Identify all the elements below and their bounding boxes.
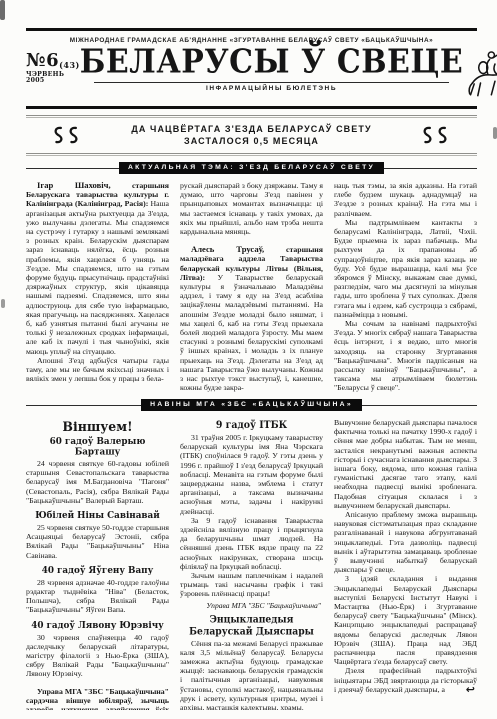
header-bottom-rule xyxy=(26,106,477,109)
news-band-label: НАВІНЫ МГА «ЗБС «БАЦЬКАЎШЧЫНА» xyxy=(141,399,362,411)
newsletter-title: БЕЛАРУСЫ Ў СВЕЦЕ xyxy=(80,45,463,82)
countdown-line1: ДА ЧАЦВЁРТАГА З'ЕЗДА БЕЛАРУСАЎ СВЕТУ xyxy=(108,123,395,135)
news-columns: Віншуем! 60 гадоў Валерыю Барташу 24 чэр… xyxy=(26,418,477,710)
band-line xyxy=(26,168,119,169)
issue-date: ЧЭРВЕНЬ 2005 xyxy=(26,72,80,84)
issue-number: №6(43) xyxy=(26,52,80,70)
congrats-item-text: 24 чэрвеня святкуе 60-гадовы юбілей стар… xyxy=(26,459,169,505)
paragraph: Мы сочым за навінамі падрыхтоўкі З'езда.… xyxy=(334,319,477,393)
masthead: №6(43) ЧЭРВЕНЬ 2005 БЕЛАРУСЫ Ў СВЕЦЕ ІНФ… xyxy=(26,46,477,102)
paragraph: Сёння па-за межамі Беларусі пражывае кал… xyxy=(180,639,323,710)
scan-artifact xyxy=(0,0,5,20)
floral-ornament-icon xyxy=(52,125,82,145)
newsletter-subtitle: ІНФАРМАЦЫЙНЫ БЮЛЕТЭНЬ xyxy=(94,82,449,92)
countdown-banner: ДА ЧАЦВЁРТАГА З'ЕЗДА БЕЛАРУСАЎ СВЕТУ ЗАС… xyxy=(26,123,477,147)
paragraph: Апісаную праблему зможа вырашыць навуков… xyxy=(334,510,477,574)
itbk-ebd-column: 9 гадоў ІТБК 31 траўня 2005 г. Іркуцкаму… xyxy=(180,418,323,710)
paragraph: Вывучэнне беларускай дыяспары пачалося ф… xyxy=(334,418,477,510)
topic-article-columns: Ігар Шаховіч, старшыня Беларускага тавар… xyxy=(26,181,477,393)
congrats-item-text: 28 чэрвеня адзначае 40-годдзе галоўны рэ… xyxy=(26,578,169,615)
news-section-band: НАВІНЫ МГА «ЗБС «БАЦЬКАЎШЧЫНА» xyxy=(26,399,477,411)
ebd-continuation-column: Вывучэнне беларускай дыяспары пачалося ф… xyxy=(334,418,477,710)
band-line xyxy=(362,405,477,406)
topic-band-label: АКТУАЛЬНАЯ ТЭМА: З'ЕЗД БЕЛАРУСАЎ СВЕТУ xyxy=(119,162,384,174)
congrats-item-heading: 40 гадоў Лявону Юрэвічу xyxy=(26,620,169,631)
topic-column-3: наць тыя тэмы, за якія адказны. На гэтай… xyxy=(334,181,477,393)
issue-block: №6(43) ЧЭРВЕНЬ 2005 xyxy=(26,46,80,84)
ebd-title: Энцыклапедыя Беларускай Дыяспары xyxy=(180,615,323,638)
congrats-item-heading: 40 гадоў Яўгену Вапу xyxy=(26,565,169,576)
paragraph-text: Наша арганізацыя актыўна рыхтуецца да З'… xyxy=(26,199,169,355)
congrats-item-heading: Юбілей Ніны Савінавай xyxy=(26,511,169,522)
paragraph: Ігар Шаховіч, старшыня Беларускага тавар… xyxy=(26,181,169,356)
floral-ornament-icon xyxy=(421,125,451,145)
issue-sub-text: (43) xyxy=(59,60,80,70)
divider xyxy=(26,115,477,118)
paragraph: За 9 гадоў існавання Таварыства здзейсні… xyxy=(180,516,323,571)
top-rule xyxy=(26,28,477,31)
pahonia-emblem-icon xyxy=(463,46,497,102)
continued-arrow-icon: ↩ xyxy=(455,685,475,694)
congrats-item-text: 25 чэрвеня святкуе 50-годдзе старшыня Ас… xyxy=(26,523,169,560)
congrats-column: Віншуем! 60 гадоў Валерыю Барташу 24 чэр… xyxy=(26,418,169,710)
paragraph: Мы падтрымліваем кантакты з беларусамі К… xyxy=(334,218,477,319)
paragraph: Зычым нашым паплечнікам і надалей трымац… xyxy=(180,571,323,599)
countdown-text: ДА ЧАЦВЁРТАГА З'ЕЗДА БЕЛАРУСАЎ СВЕТУ ЗАС… xyxy=(108,123,395,147)
paragraph: Алесь Трусаў, старшыня маладзёвага аддзе… xyxy=(180,245,323,392)
topic-section-band: АКТУАЛЬНАЯ ТЭМА: З'ЕЗД БЕЛАРУСАЎ СВЕТУ xyxy=(26,162,477,174)
congrats-footer: Управа МГА "ЗБС "Бацькаўшчына" сардэчна … xyxy=(26,687,169,710)
scan-artifact xyxy=(1,299,5,308)
countdown-line2: ЗАСТАЛОСЯ 0,5 МЕСЯЦА xyxy=(108,135,395,147)
congrats-item-heading: 60 гадоў Валерыю Барташу xyxy=(26,436,169,458)
newsletter-page: МІЖНАРОДНАЕ ГРАМАДСКАЕ АБ'ЯДНАННЕ «ЗГУРТ… xyxy=(0,0,497,719)
paragraph: рускай дыяспарай з боку дзяржавы. Таму я… xyxy=(180,181,323,236)
speaker-name: Ігар Шаховіч, xyxy=(37,181,111,190)
topic-column-2: рускай дыяспарай з боку дзяржавы. Таму я… xyxy=(180,181,323,393)
paragraph-text: У Таварыстве беларускай культуры я ўзнач… xyxy=(180,273,323,392)
itbk-title: 9 гадоў ІТБК xyxy=(180,420,323,432)
divider xyxy=(26,153,477,156)
paragraph: З ідэяй складання і выдання Энцыклапедыі… xyxy=(334,574,477,666)
paragraph: наць тыя тэмы, за якія адказны. На гэтай… xyxy=(334,181,477,218)
scan-artifact xyxy=(493,127,497,139)
itbk-byline: Управа МГА "ЗБС "Бацькаўшчына" xyxy=(180,601,321,610)
topic-column-1: Ігар Шаховіч, старшыня Беларускага тавар… xyxy=(26,181,169,393)
paragraph: Апошні З'езд адбыўся чатыры гады таму, а… xyxy=(26,356,169,384)
band-line xyxy=(26,405,141,406)
congrats-item-text: 30 чэрвеня спаўняецца 40 гадоў даследчык… xyxy=(26,633,169,679)
speaker-name: Алесь Трусаў, xyxy=(191,244,264,254)
paragraph: 31 траўня 2005 г. Іркуцкаму таварыству б… xyxy=(180,433,323,516)
paragraph: Дзеля прафесійнай падрыхтоўкі ініцыятары… xyxy=(334,666,477,694)
congrats-title: Віншуем! xyxy=(26,419,169,435)
issue-no-text: №6 xyxy=(26,50,59,71)
band-line xyxy=(384,168,477,169)
